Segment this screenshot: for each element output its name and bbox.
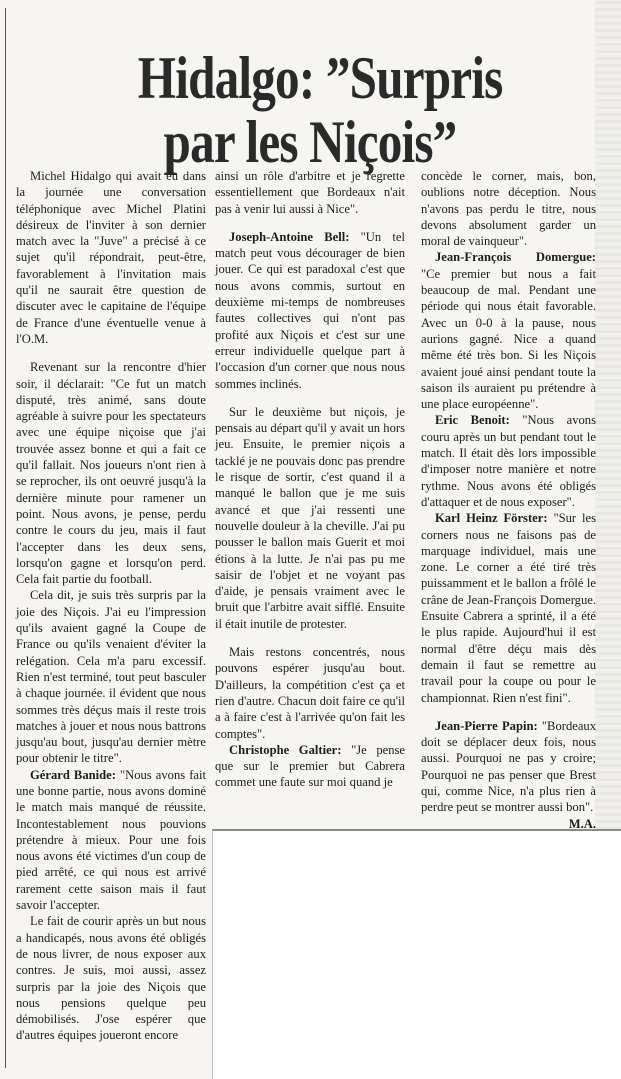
paragraph: Revenant sur la rencontre d'hier soir, i… (16, 359, 206, 587)
paragraph-text: Cela dit, je suis très surpris par la jo… (16, 588, 206, 765)
column-rule (5, 8, 6, 1068)
paragraph: Mais restons concentrés, nous pouvons es… (215, 644, 405, 742)
paragraph: Cela dit, je suis très surpris par la jo… (16, 587, 206, 766)
paragraph-text: "Bordeaux doit se déplacer deux fois, no… (421, 719, 596, 814)
paragraph: Michel Hidalgo qui avait eu dans la jour… (16, 168, 206, 347)
paragraph: Jean-François Domergue: "Ce premier but … (421, 249, 596, 412)
paragraph: Karl Heinz Förster: "Sur les corners nou… (421, 510, 596, 706)
newspaper-clipping: Hidalgo: ”Surpris par les Niçois” Michel… (0, 0, 621, 1079)
speaker-name: Joseph-Antoine Bell: (229, 230, 349, 244)
paragraph-text: Le fait de courir après un but nous a ha… (16, 914, 206, 1042)
paragraph-text: "Nous avons fait une bonne partie, nous … (16, 768, 206, 912)
headline-line-2: par les Niçois” (138, 110, 482, 174)
speaker-name: Karl Heinz Förster: (435, 511, 548, 525)
article-column-3: concède le corner, mais, bon, oublions n… (421, 168, 596, 832)
paragraph-text: concède le corner, mais, bon, oublions n… (421, 169, 596, 248)
paragraph-text: Revenant sur la rencontre d'hier soir, i… (16, 360, 206, 586)
scan-edge-noise (595, 0, 621, 830)
paragraph-text: ainsi un rôle d'arbitre et je regrette e… (215, 169, 405, 216)
paragraph: Jean-Pierre Papin: "Bordeaux doit se dép… (421, 718, 596, 816)
paragraph: Eric Benoit: "Nous avons couru après un … (421, 412, 596, 510)
paragraph-text: Sur le deuxième but niçois, je pensais a… (215, 405, 405, 631)
speaker-name: Jean-Pierre Papin: (435, 719, 538, 733)
speaker-name: Eric Benoit: (435, 413, 510, 427)
headline-line-1: Hidalgo: ”Surpris (138, 46, 482, 110)
article-column-2: ainsi un rôle d'arbitre et je regrette e… (215, 168, 405, 791)
paragraph: Joseph-Antoine Bell: "Un tel match peut … (215, 229, 405, 392)
paragraph: Christophe Galtier: "Je pense que sur le… (215, 742, 405, 791)
paragraph: Le fait de courir après un but nous a ha… (16, 913, 206, 1043)
article-column-1: Michel Hidalgo qui avait eu dans la jour… (16, 168, 206, 1044)
speaker-name: Jean-François Domergue: (435, 250, 596, 264)
speaker-name: Christophe Galtier: (229, 743, 341, 757)
headline: Hidalgo: ”Surpris par les Niçois” (138, 46, 482, 174)
paragraph: ainsi un rôle d'arbitre et je regrette e… (215, 168, 405, 217)
blank-scan-area (212, 829, 621, 1079)
paragraph-text: "Ce premier but nous a fait beaucoup de … (421, 267, 596, 411)
paragraph-text: "Nous avons couru après un but pendant t… (421, 413, 596, 508)
paragraph-text: Mais restons concentrés, nous pouvons es… (215, 645, 405, 740)
paragraph: concède le corner, mais, bon, oublions n… (421, 168, 596, 249)
paragraph-text: "Un tel match peut vous décourager de bi… (215, 230, 405, 391)
paragraph-text: "Sur les corners nous ne faisons pas de … (421, 511, 596, 704)
paragraph: Sur le deuxième but niçois, je pensais a… (215, 404, 405, 632)
speaker-name: Gérard Banide: (30, 768, 116, 782)
paragraph-text: Michel Hidalgo qui avait eu dans la jour… (16, 169, 206, 346)
paragraph: Gérard Banide: "Nous avons fait une bonn… (16, 767, 206, 914)
